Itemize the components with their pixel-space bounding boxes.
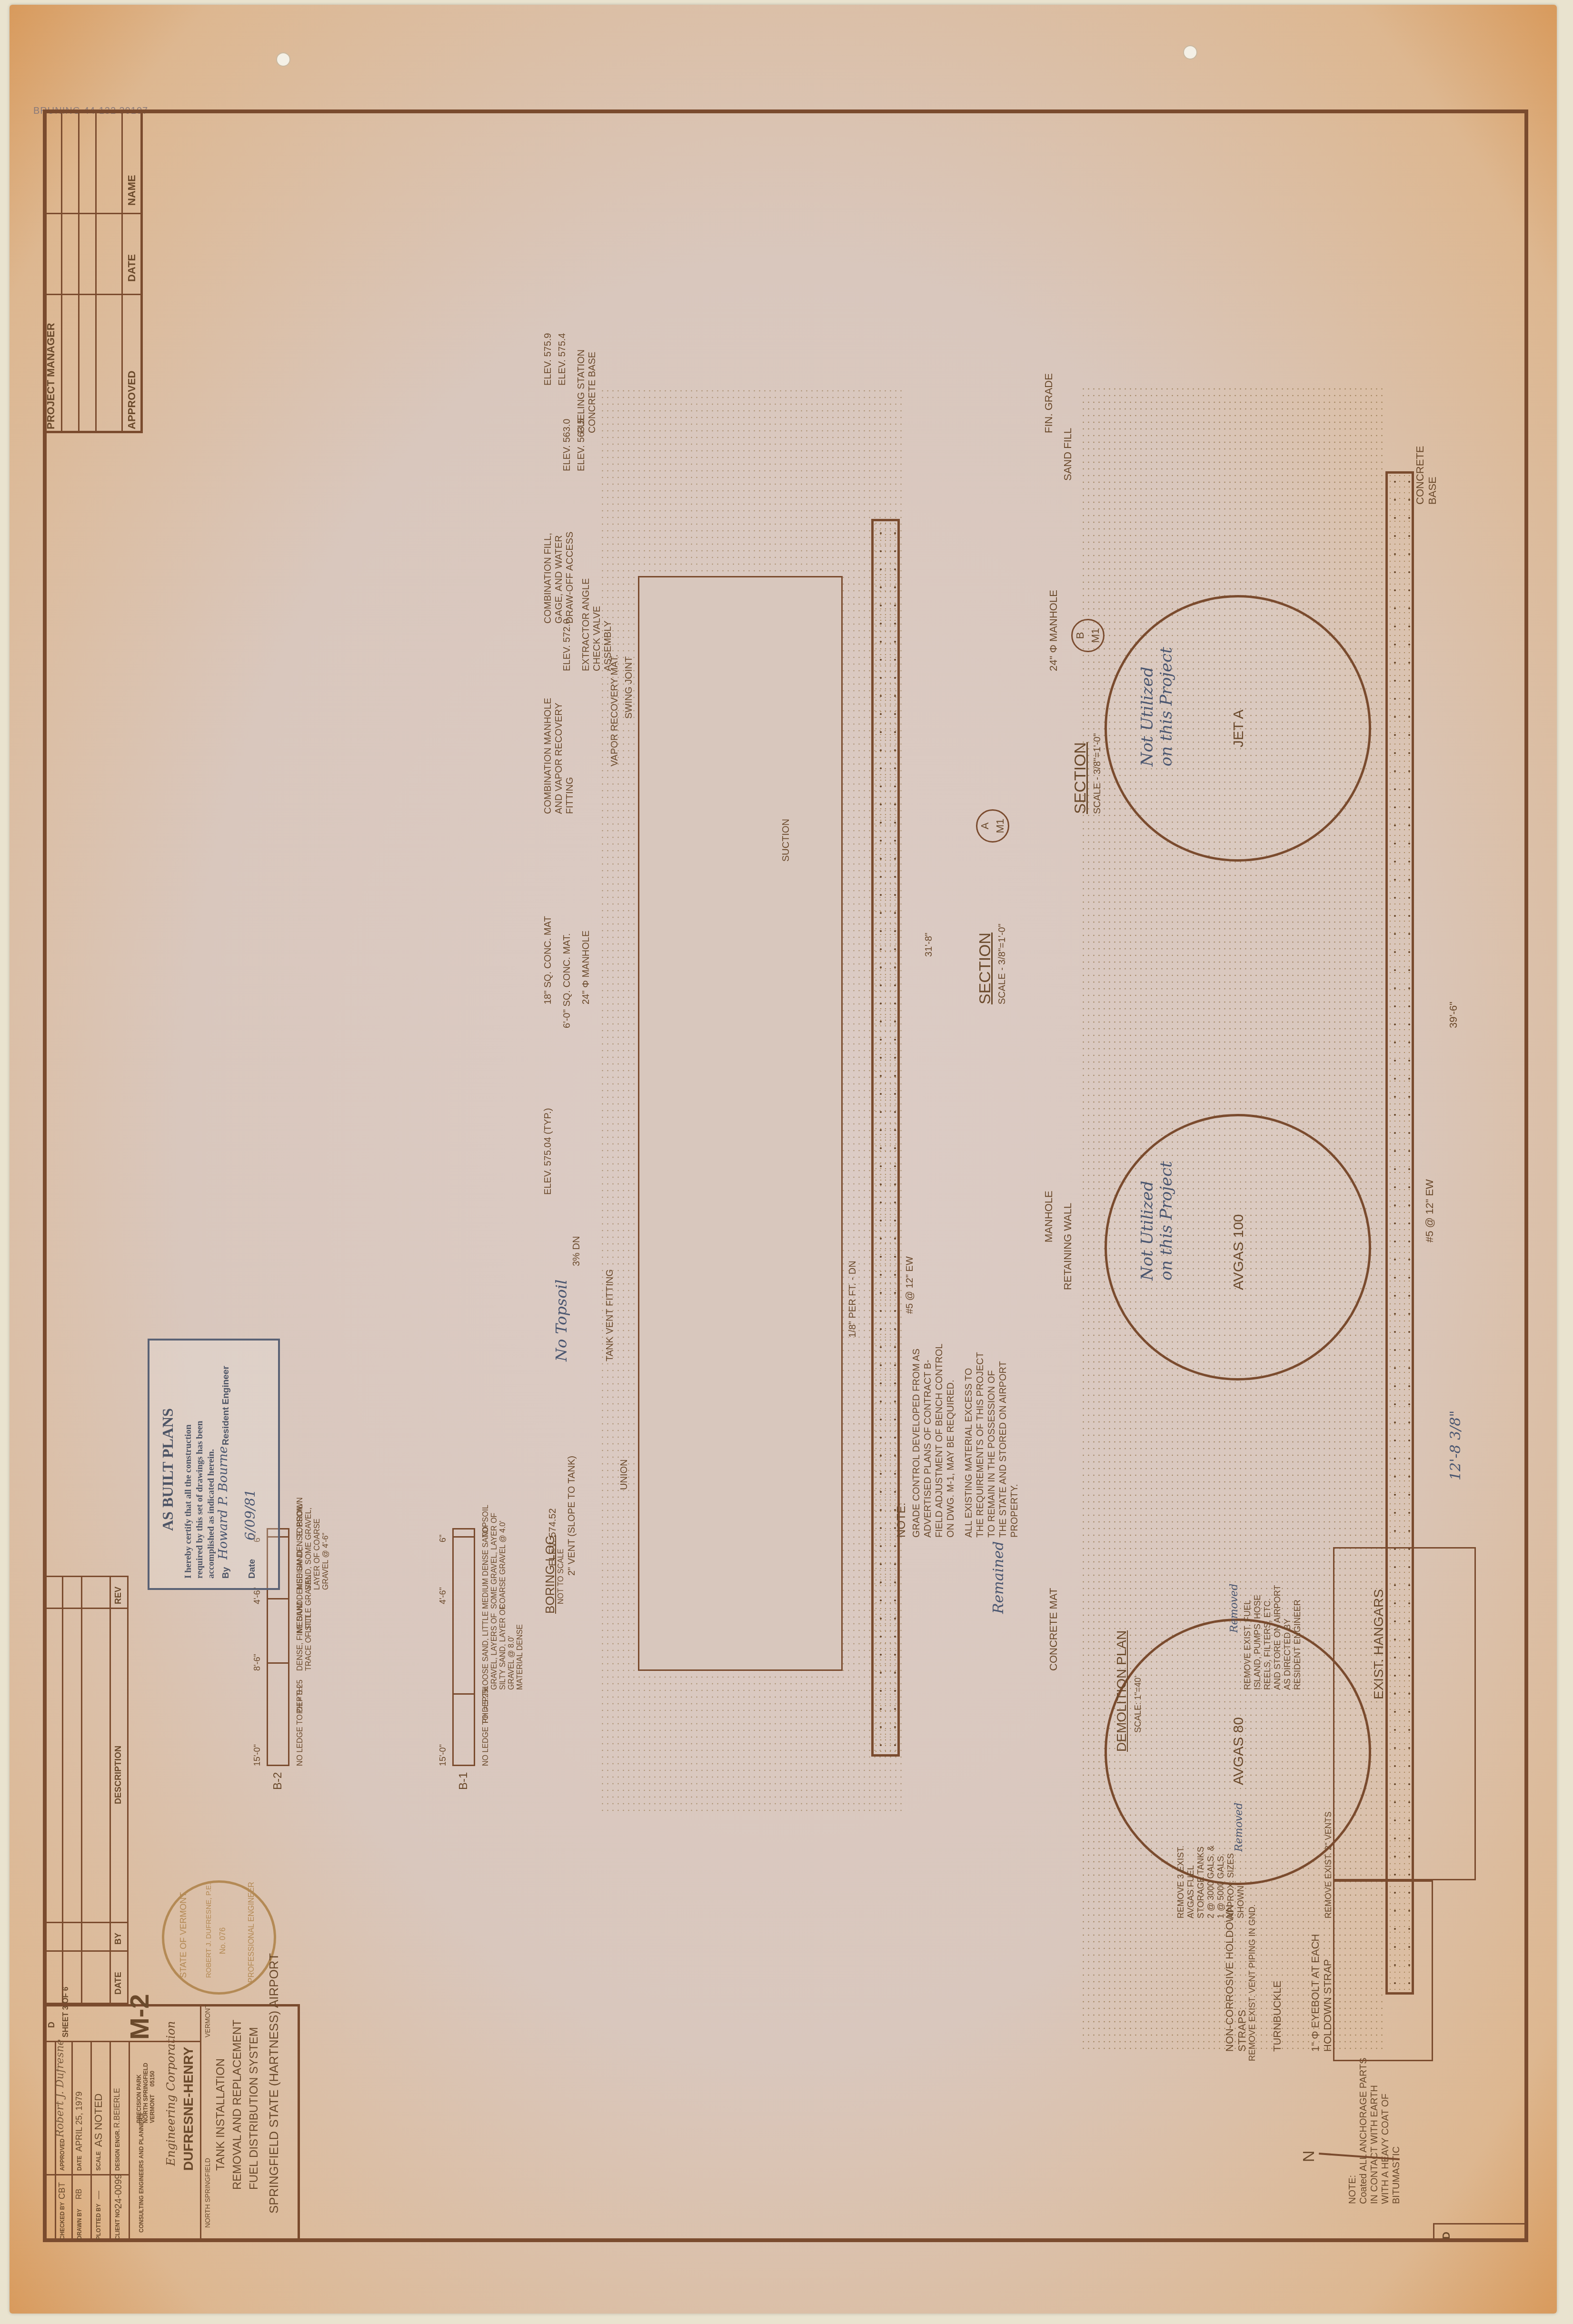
label-elev-575-4: ELEV. 575.4: [557, 333, 568, 386]
label-24in-manhole-b: 24" Φ MANHOLE: [581, 931, 592, 1004]
approval-header-name: NAME: [124, 114, 143, 209]
pe-seal: STATE OF VERMONT ROBERT J. DUFRESNE, P.E…: [162, 1880, 276, 1995]
tank-label-jet-a: JET A: [1231, 710, 1247, 747]
label-elev-575-9: ELEV. 575.9: [543, 333, 554, 386]
tank-b: [638, 576, 843, 1671]
design-engineer: R.BEIERLE: [113, 2088, 122, 2128]
label-rebar: #5 @ 12" EW: [1424, 1179, 1436, 1242]
tank-label-avgas-100: AVGAS 100: [1231, 1214, 1247, 1290]
label-elev-575-04: ELEV. 575.04 (TYP.): [543, 1108, 554, 1195]
size-letter: D: [47, 2022, 57, 2028]
label-extractor: EXTRACTOR ANGLE CHECK VALVE ASSEMBLY: [581, 578, 614, 671]
rev-header-rev: REV: [113, 1587, 123, 1604]
revision-block: REV DESCRIPTION BY DATE: [43, 1576, 129, 2004]
label-length-31: 31'-8": [924, 933, 935, 957]
firm-script: Engineering Corporation: [164, 2021, 178, 2166]
demolition-title: DEMOLITION PLAN: [1114, 1630, 1129, 1752]
label-union: UNION: [619, 1460, 630, 1490]
drawing-canvas: APPROVED DATE NAME PROJECT MANAGER AVGAS…: [43, 109, 1528, 2242]
firm-address: PRECISION PARK NORTH SPRINGFIELD VERMONT…: [136, 2063, 156, 2123]
client-no: 24-0099: [113, 2174, 124, 2209]
as-built-stamp: AS BUILT PLANS I hereby certify that all…: [148, 1339, 280, 1590]
label-sand-fill: SAND FILL: [1062, 428, 1074, 481]
section-a-callout: AM1: [976, 809, 1009, 843]
label-fin-grade: FIN. GRADE: [1043, 373, 1055, 433]
project-subtitle-2: REMOVAL AND REPLACEMENT: [231, 2020, 244, 2190]
binding-hole: [276, 52, 290, 67]
demolition-plan-area: EXIST. HANGARS DEMOLITION PLAN SCALE: 1"…: [1066, 1538, 1495, 2061]
as-built-date: 6/09/81: [242, 1489, 258, 1540]
label-tank-vent: TANK VENT FITTING: [605, 1269, 616, 1361]
label-3pct-dn: 3% DN: [571, 1236, 582, 1266]
boring-b2-id: B-2: [271, 1772, 285, 1790]
existing-hangars: [1333, 1547, 1476, 1880]
north-arrow: N: [1304, 2142, 1400, 2171]
approval-header-date: DATE: [124, 214, 143, 286]
firm-name: DUFRESNE-HENRY: [181, 2047, 196, 2171]
sheet-of: SHEET 3 OF 6: [62, 1986, 70, 2037]
boring-b2: B-2 15'-0" 8'-6" 4'-6" 6" TOPSOIL MEDIUM…: [267, 1528, 424, 1766]
drawing-date: APRIL 25, 1979: [74, 2092, 84, 2152]
label-concrete-base: CONCRETE BASE: [1414, 446, 1439, 505]
label-tank-dia: 12'-8 3/8": [1447, 1410, 1464, 1480]
location-right: VERMONT: [204, 2004, 211, 2037]
label-elev-572-0: ELEV. 572.0: [562, 619, 573, 671]
rev-header-description: DESCRIPTION: [113, 1746, 123, 1804]
label-combo-fill: COMBINATION FILL, GAGE, AND WATER DRAW-O…: [543, 532, 576, 624]
location-left: NORTH SPRINGFIELD: [204, 2158, 211, 2228]
label-length-39: 39'-6": [1447, 1002, 1460, 1028]
demo-note-fuel-island: REMOVE EXIST. FUEL ISLAND, PUMPS, HOSE R…: [1243, 1585, 1303, 1690]
project-subtitle-3: TANK INSTALLATION: [214, 2058, 228, 2171]
approval-header-approved: APPROVED: [124, 295, 143, 433]
rev-header-date: DATE: [113, 1972, 123, 1995]
label-swing-joint: SWING JOINT: [624, 656, 635, 719]
demo-note-vents: REMOVE EXIST. 2" VENTS: [1324, 1812, 1334, 1918]
demolition-scale: SCALE: 1"=40': [1133, 1676, 1143, 1733]
approval-project-manager: PROJECT MANAGER: [45, 323, 57, 429]
project-subtitle-1: FUEL DISTRIBUTION SYSTEM: [248, 2027, 261, 2190]
boring-b1: B-1 15'-0" 4'-6" 6" TOPSOIL MEDIUM DENSE…: [452, 1528, 609, 1766]
project-title: SPRINGFIELD STATE (HARTNESS) AIRPORT: [267, 1953, 281, 2214]
firm-tagline: CONSULTING ENGINEERS AND PLANNERS: [138, 2113, 145, 2233]
scale-value: AS NOTED: [92, 2094, 105, 2147]
label-18in-mat: 18" SQ. CONC. MAT: [543, 916, 554, 1004]
label-6ft-mat: 6'-0" SQ. CONC. MAT.: [562, 934, 573, 1028]
drawn-by: RB: [75, 2189, 84, 2199]
label-retaining-wall: RETAINING WALL: [1062, 1203, 1074, 1290]
label-suction: SUCTION: [781, 819, 792, 862]
label-combo-manhole: COMBINATION MANHOLE AND VAPOR RECOVERY F…: [543, 698, 576, 814]
sheet-number: M-2: [124, 1994, 155, 2040]
label-manhole: MANHOLE: [1043, 1191, 1055, 1242]
label-fueling-base: FUELING STATION CONCRETE BASE: [576, 349, 598, 433]
label-24in-manhole: 24" Φ MANHOLE: [1047, 590, 1060, 671]
title-block: SPRINGFIELD STATE (HARTNESS) AIRPORT FUE…: [43, 2004, 300, 2242]
rev-header-by: BY: [113, 1933, 123, 1945]
binding-hole: [1183, 45, 1197, 60]
label-vapor-mat: VAPOR RECOVERY MAT.: [609, 655, 620, 766]
checked-by: CBT: [57, 2182, 67, 2199]
as-built-signature: Howard P. Bourne: [216, 1446, 230, 1559]
plotted-by: —: [93, 2191, 103, 2199]
tank-note-avgas-100: Not Utilized on this Project: [1138, 1161, 1176, 1281]
north-arrow-icon: N: [1300, 2150, 1318, 2162]
boring-b1-id: B-1: [457, 1772, 470, 1790]
approval-block: APPROVED DATE NAME PROJECT MANAGER: [43, 109, 143, 433]
zone-letter: D: [1440, 2232, 1453, 2239]
label-no-topsoil: No Topsoil: [552, 1280, 570, 1361]
tank-note-jet-a: Not Utilized on this Project: [1138, 647, 1176, 766]
approved-signature: Robert J. Dufresne: [54, 2039, 66, 2137]
section-b-callout: BM1: [1071, 619, 1105, 652]
label-slope-ft: 1/8" PER FT. - DN: [847, 1261, 858, 1338]
label-elev-563-0: ELEV. 563.0: [562, 419, 573, 471]
demo-note-tanks: REMOVE 3 EXIST. AVGAS FUEL STORAGE TANKS…: [1176, 1846, 1246, 1918]
label-rebar-b: #5 @ 12" EW: [905, 1256, 916, 1314]
hangars-label: EXIST. HANGARS: [1371, 1589, 1386, 1699]
demo-note-vent-piping: REMOVE EXIST. VENT PIPING IN GND.: [1247, 1904, 1257, 2061]
note-handwritten-edit: Remained: [990, 1541, 1007, 1614]
